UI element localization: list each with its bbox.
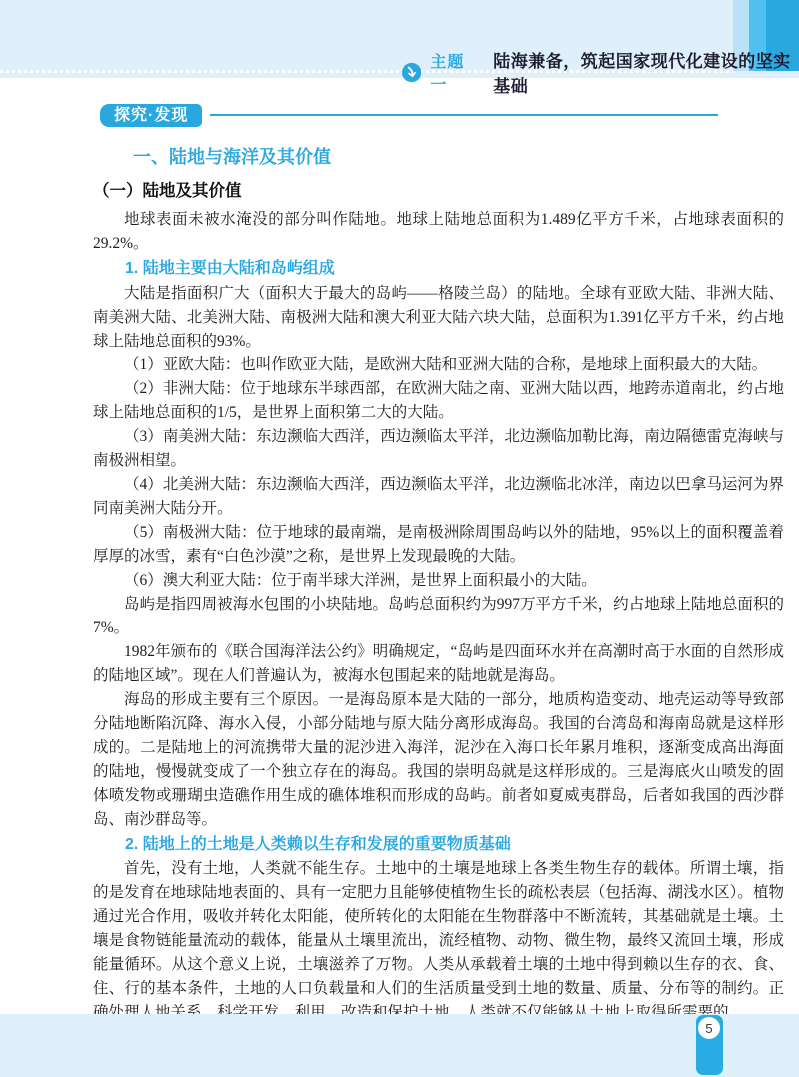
footer-band [0, 1014, 799, 1077]
paragraph: 地球表面未被水淹没的部分叫作陆地。地球上陆地总面积为1.489亿平方千米，占地球… [93, 208, 784, 256]
paragraph: 首先，没有土地，人类就不能生存。土地中的土壤是地球上各类生物生存的载体。所谓土壤… [93, 857, 784, 1024]
section-heading-1: 一、陆地与海洋及其价值 [133, 146, 784, 168]
list-item-continent-4: （4）北美洲大陆：东边濒临大西洋，西边濒临太平洋，北边濒临北冰洋，南边以巴拿马运… [93, 473, 784, 521]
explore-discover-badge: 探究·发现 [100, 104, 202, 127]
list-item-continent-2: （2）非洲大陆：位于地球东半球西部，在欧洲大陆之南、亚洲大陆以西，地跨赤道南北，… [93, 377, 784, 425]
running-head: 主题一 陆海兼备，筑起国家现代化建设的坚实基础 [402, 47, 799, 97]
paragraph: 岛屿是指四周被海水包围的小块陆地。岛屿总面积约为997万平方千米，约占地球上陆地… [93, 593, 784, 641]
page-content: 一、陆地与海洋及其价值 （一）陆地及其价值 地球表面未被水淹没的部分叫作陆地。地… [93, 146, 784, 1025]
paragraph: 1982年颁布的《联合国海洋法公约》明确规定，“岛屿是四面环水并在高潮时高于水面… [93, 640, 784, 688]
badge-rule-line [210, 114, 718, 116]
circle-arrow-icon [402, 62, 421, 83]
list-item-continent-3: （3）南美洲大陆：东边濒临大西洋，西边濒临太平洋，北边濒临加勒比海，南边隔德雷克… [93, 425, 784, 473]
blue-subheading-1: 1. 陆地主要由大陆和岛屿组成 [93, 257, 784, 281]
paragraph: 海岛的形成主要有三个原因。一是海岛原本是大陆的一部分，地质构造变动、地壳运动等导… [93, 688, 784, 831]
header-band: 主题一 陆海兼备，筑起国家现代化建设的坚实基础 [0, 0, 799, 78]
subsection-heading: （一）陆地及其价值 [93, 180, 784, 202]
topic-label: 主题一 [430, 49, 477, 95]
topic-title: 陆海兼备，筑起国家现代化建设的坚实基础 [493, 47, 799, 97]
list-item-continent-6: （6）澳大利亚大陆：位于南半球大洋洲，是世界上面积最小的大陆。 [93, 569, 784, 593]
paragraph: 大陆是指面积广大（面积大于最大的岛屿——格陵兰岛）的陆地。全球有亚欧大陆、非洲大… [93, 282, 784, 354]
list-item-continent-5: （5）南极洲大陆：位于地球的最南端，是南极洲除周围岛屿以外的陆地，95%以上的面… [93, 521, 784, 569]
blue-subheading-2: 2. 陆地上的土地是人类赖以生存和发展的重要物质基础 [93, 833, 784, 857]
page-number: 5 [698, 1017, 720, 1039]
list-item-continent-1: （1）亚欧大陆：也叫作欧亚大陆，是欧洲大陆和亚洲大陆的合称，是地球上面积最大的大… [93, 353, 784, 377]
